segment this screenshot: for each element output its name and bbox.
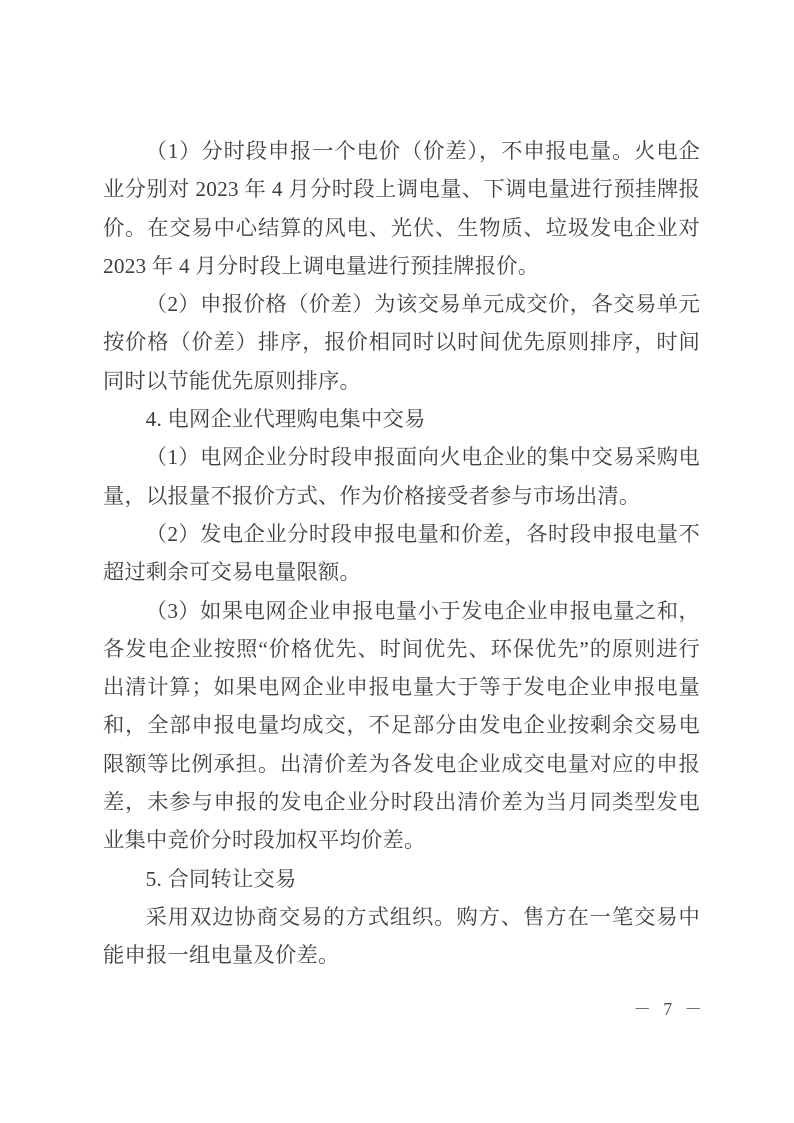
text-line: 和，全部申报电量均成交，不足部分由发电企业按剩余交易电量 (103, 706, 700, 744)
text-line: （1）分时段申报一个电价（价差），不申报电量。火电企 (103, 132, 700, 170)
text-line: 同时以节能优先原则排序。 (103, 362, 700, 400)
text-line: 超过剩余可交易电量限额。 (103, 553, 700, 591)
text-line: 各发电企业按照“价格优先、时间优先、环保优先”的原则进行 (103, 630, 700, 668)
text-line: 2023 年 4 月分时段上调电量进行预挂牌报价。 (103, 247, 700, 285)
document-page: { "document": { "page_number": "－ 7 －", … (0, 0, 794, 1123)
text-line: 业分别对 2023 年 4 月分时段上调电量、下调电量进行预挂牌报 (103, 170, 700, 208)
text-line: （2）申报价格（价差）为该交易单元成交价，各交易单元 (103, 285, 700, 323)
text-line: （3）如果电网企业申报电量小于发电企业申报电量之和， (103, 592, 700, 630)
text-line: 采用双边协商交易的方式组织。购方、售方在一笔交易中只 (103, 898, 700, 936)
text-line: 出清计算；如果电网企业申报电量大于等于发电企业申报电量之 (103, 668, 700, 706)
text-line: 限额等比例承担。出清价差为各发电企业成交电量对应的申报价 (103, 745, 700, 783)
text-line: 5. 合同转让交易 (103, 860, 700, 898)
text-line: 业集中竞价分时段加权平均价差。 (103, 821, 700, 859)
text-line: 按价格（价差）排序，报价相同时以时间优先原则排序，时间相 (103, 323, 700, 361)
text-line: （1）电网企业分时段申报面向火电企业的集中交易采购电 (103, 438, 700, 476)
text-line: 价。在交易中心结算的风电、光伏、生物质、垃圾发电企业对 (103, 209, 700, 247)
text-line: 差，未参与申报的发电企业分时段出清价差为当月同类型发电企 (103, 783, 700, 821)
text-line: 量，以报量不报价方式、作为价格接受者参与市场出清。 (103, 477, 700, 515)
page-number: － 7 － (634, 997, 707, 1021)
scanned-document-sheet: （1）分时段申报一个电价（价差），不申报电量。火电企业分别对 2023 年 4 … (0, 0, 794, 1123)
text-line: 能申报一组电量及价差。 (103, 936, 700, 974)
text-line: （2）发电企业分时段申报电量和价差，各时段申报电量不 (103, 515, 700, 553)
document-lines: （1）分时段申报一个电价（价差），不申报电量。火电企业分别对 2023 年 4 … (103, 132, 700, 975)
text-line: 4. 电网企业代理购电集中交易 (103, 400, 700, 438)
